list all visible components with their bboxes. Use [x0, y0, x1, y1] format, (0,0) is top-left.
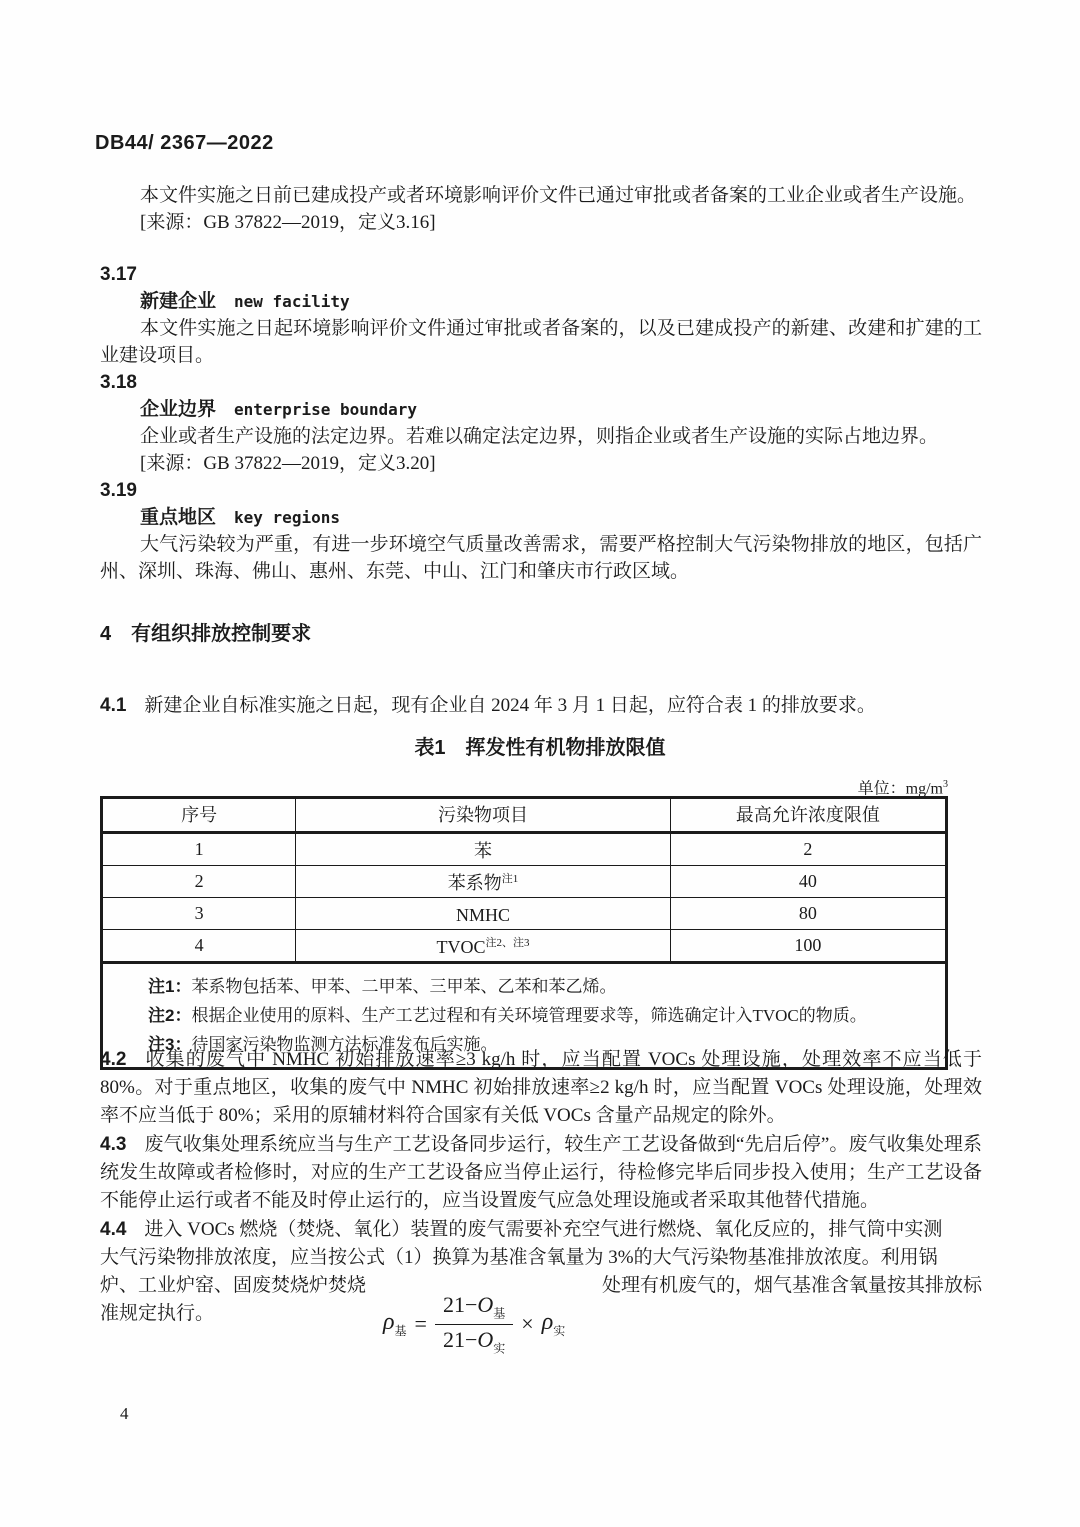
oxygen-correction-formula: ρ基 = 21−O基 21−O实 × ρ实	[383, 1292, 565, 1357]
clause-number-4-2: 4.2	[100, 1049, 126, 1070]
multiply-sign: ×	[521, 1311, 533, 1337]
unit-text: 单位：mg/m	[858, 780, 943, 797]
cell-limit: 80	[670, 898, 946, 930]
cell-pollutant: 苯系物注1	[296, 866, 670, 898]
term-zh-new-facility: 新建企业	[140, 291, 216, 312]
table-row: 2 苯系物注1 40	[102, 866, 947, 898]
clause-4-4-line1: 4.4进入 VOCs 燃烧（焚烧、氧化）装置的废气需要补充空气进行燃烧、氧化反应…	[100, 1216, 982, 1244]
source-reference-3-16: [来源：GB 37822—2019，定义3.16]	[100, 209, 982, 236]
section-3-18: 3.18 企业边界enterprise boundary 企业或者生产设施的法定…	[100, 369, 982, 477]
term-en-new-facility: new facility	[234, 292, 350, 311]
pollutant-note-sup: 注1	[502, 873, 519, 885]
cell-limit: 2	[670, 833, 946, 866]
section-3-17: 3.17 新建企业new facility 本文件实施之日起环境影响评价文件通过…	[100, 261, 982, 369]
table-row: 3 NMHC 80	[102, 898, 947, 930]
formula-lhs: ρ基	[383, 1309, 407, 1339]
cell-no: 2	[102, 866, 296, 898]
table-header-row: 序号 污染物项目 最高允许浓度限值	[102, 798, 947, 833]
paragraph-enterprise-boundary: 企业或者生产设施的法定边界。若难以确定法定边界，则指企业或者生产设施的实际占地边…	[100, 423, 982, 450]
table-note-1: 注1：苯系物包括苯、甲苯、二甲苯、三甲苯、乙苯和苯乙烯。	[148, 972, 935, 1001]
clause-number-3-18: 3.18	[100, 369, 982, 396]
clause-4-3: 4.3废气收集处理系统应当与生产工艺设备同步运行，较生产工艺设备做到“先启后停”…	[100, 1131, 982, 1215]
term-line-key-regions: 重点地区key regions	[100, 504, 982, 531]
cell-pollutant: NMHC	[296, 898, 670, 930]
clause-4-4-line3-right: 处理有机废气的，烟气基准含氧量按其排放标	[602, 1272, 982, 1300]
emission-limits-table: 序号 污染物项目 最高允许浓度限值 1 苯 2 2 苯系物注1 40 3 NMH…	[100, 796, 948, 1070]
term-en-enterprise-boundary: enterprise boundary	[234, 400, 417, 419]
pollutant-note-sup: 注2、注3	[486, 937, 530, 949]
clause-4-4: 4.4进入 VOCs 燃烧（焚烧、氧化）装置的废气需要补充空气进行燃烧、氧化反应…	[100, 1216, 982, 1328]
fraction-numerator: 21−O基	[435, 1292, 513, 1325]
paragraph-key-regions: 大气污染较为严重，有进一步环境空气质量改善需求，需要严格控制大气污染物排放的地区…	[100, 531, 982, 585]
table-row: 1 苯 2	[102, 833, 947, 866]
term-en-key-regions: key regions	[234, 508, 340, 527]
clause-number-4-3: 4.3	[100, 1134, 126, 1155]
term-line-new-facility: 新建企业new facility	[100, 288, 982, 315]
formula-fraction: 21−O基 21−O实	[435, 1292, 513, 1357]
col-header-serial: 序号	[102, 798, 296, 833]
clause-number-4-4: 4.4	[100, 1219, 126, 1240]
document-number-header: DB44/ 2367—2022	[95, 130, 274, 157]
cell-no: 4	[102, 930, 296, 963]
source-reference-3-20: [来源：GB 37822—2019，定义3.20]	[100, 450, 982, 477]
term-line-enterprise-boundary: 企业边界enterprise boundary	[100, 396, 982, 423]
page-number: 4	[120, 1400, 129, 1427]
clause-number-3-19: 3.19	[100, 477, 982, 504]
clause-number-3-17: 3.17	[100, 261, 982, 288]
heading-4-title: 有组织排放控制要求	[131, 621, 311, 648]
paragraph-new-facility: 本文件实施之日起环境影响评价文件通过审批或者备案的，以及已建成投产的新建、改建和…	[100, 315, 982, 369]
section-3-19: 3.19 重点地区key regions 大气污染较为严重，有进一步环境空气质量…	[100, 477, 982, 585]
clause-4-4-line2: 大气污染物排放浓度，应当按公式（1）换算为基准含氧量为 3%的大气污染物基准排放…	[100, 1244, 982, 1272]
table-1-caption: 表1 挥发性有机物排放限值	[0, 735, 1080, 762]
clause-4-1-text: 新建企业自标准实施之日起，现有企业自 2024 年 3 月 1 日起，应符合表 …	[144, 695, 876, 716]
note-2-text: 根据企业使用的原料、生产工艺过程和有关环境管理要求等，筛选确定计入TVOC的物质…	[191, 1006, 866, 1025]
cell-pollutant: 苯	[296, 833, 670, 866]
section-3-16-tail: 本文件实施之日前已建成投产或者环境影响评价文件已通过审批或者备案的工业企业或者生…	[100, 182, 982, 236]
cell-no: 1	[102, 833, 296, 866]
note-1-text: 苯系物包括苯、甲苯、二甲苯、三甲苯、乙苯和苯乙烯。	[191, 977, 616, 996]
col-header-limit: 最高允许浓度限值	[670, 798, 946, 833]
clause-4-3-text: 废气收集处理系统应当与生产工艺设备同步运行，较生产工艺设备做到“先启后停”。废气…	[100, 1134, 982, 1211]
term-zh-enterprise-boundary: 企业边界	[140, 399, 216, 420]
heading-4-number: 4	[100, 621, 111, 648]
document-page: DB44/ 2367—2022 本文件实施之日前已建成投产或者环境影响评价文件已…	[0, 0, 1080, 1527]
clause-4-1: 4.1新建企业自标准实施之日起，现有企业自 2024 年 3 月 1 日起，应符…	[100, 692, 982, 719]
note-1-label: 注1：	[148, 977, 191, 996]
clause-number-4-1: 4.1	[100, 695, 126, 716]
heading-section-4: 4 有组织排放控制要求	[100, 621, 311, 648]
unit-superscript: 3	[943, 779, 948, 790]
cell-limit: 100	[670, 930, 946, 963]
table-note-2: 注2：根据企业使用的原料、生产工艺过程和有关环境管理要求等，筛选确定计入TVOC…	[148, 1001, 935, 1030]
formula-rhs: ρ实	[542, 1309, 566, 1339]
fraction-denominator: 21−O实	[435, 1325, 513, 1356]
col-header-pollutant: 污染物项目	[296, 798, 670, 833]
cell-no: 3	[102, 898, 296, 930]
term-zh-key-regions: 重点地区	[140, 507, 216, 528]
clause-4-2: 4.2收集的废气中 NMHC 初始排放速率≥3 kg/h 时，应当配置 VOCs…	[100, 1046, 982, 1130]
clause-4-4-line3-left: 炉、工业炉窑、固废焚烧炉焚烧	[100, 1272, 366, 1300]
paragraph-existing-facility: 本文件实施之日前已建成投产或者环境影响评价文件已通过审批或者备案的工业企业或者生…	[100, 182, 982, 209]
clause-4-2-text: 收集的废气中 NMHC 初始排放速率≥3 kg/h 时，应当配置 VOCs 处理…	[100, 1049, 982, 1126]
table-row: 4 TVOC注2、注3 100	[102, 930, 947, 963]
note-2-label: 注2：	[148, 1006, 191, 1025]
cell-limit: 40	[670, 866, 946, 898]
equals-sign: =	[415, 1311, 427, 1337]
cell-pollutant: TVOC注2、注3	[296, 930, 670, 963]
